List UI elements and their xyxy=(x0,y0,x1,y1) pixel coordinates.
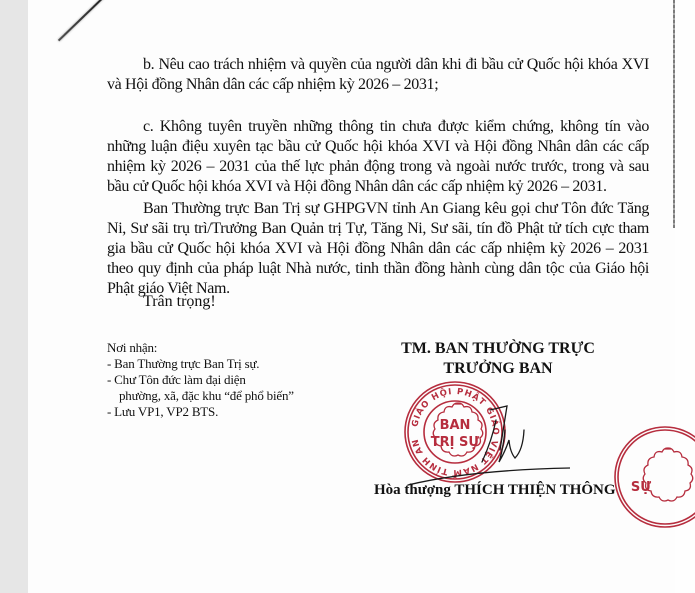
svg-text:SỰ: SỰ xyxy=(631,480,651,495)
recipient-item: - Chư Tôn đức làm đại diện xyxy=(107,372,294,388)
signature-title-line1: TM. BAN THƯỜNG TRỰC xyxy=(383,339,613,359)
recipient-item: phường, xã, đặc khu “để phổ biến” xyxy=(107,388,294,404)
recipients-title: Nơi nhận: xyxy=(107,340,294,356)
paragraph-call-to-action: Ban Thường trực Ban Trị sự GHPGVN tỉnh A… xyxy=(107,199,649,299)
paragraph-c-text: c. Không tuyên truyền những thông tin ch… xyxy=(107,117,649,197)
paragraph-b: b. Nêu cao trách nhiệm và quyền của ngườ… xyxy=(107,55,649,95)
paragraph-c: c. Không tuyên truyền những thông tin ch… xyxy=(107,117,649,197)
signature-heading: TM. BAN THƯỜNG TRỰC TRƯỞNG BAN xyxy=(383,339,613,379)
paragraph-b-text: b. Nêu cao trách nhiệm và quyền của ngườ… xyxy=(107,55,649,95)
signer-name: Hòa thượng THÍCH THIỆN THÔNG xyxy=(374,482,616,499)
recipients-block: Nơi nhận: - Ban Thường trực Ban Trị sự. … xyxy=(107,340,294,420)
partial-seal-icon: SỰ xyxy=(613,425,695,529)
signature-title-line2: TRƯỞNG BAN xyxy=(383,359,613,379)
paragraph-call-text: Ban Thường trực Ban Trị sự GHPGVN tỉnh A… xyxy=(107,199,649,299)
recipient-item: - Lưu VP1, VP2 BTS. xyxy=(107,404,294,420)
closing-greeting: Trân trọng! xyxy=(143,293,216,311)
recipient-item: - Ban Thường trực Ban Trị sự. xyxy=(107,356,294,372)
handwritten-signature xyxy=(370,390,570,490)
scan-artifact-edge xyxy=(673,0,675,228)
